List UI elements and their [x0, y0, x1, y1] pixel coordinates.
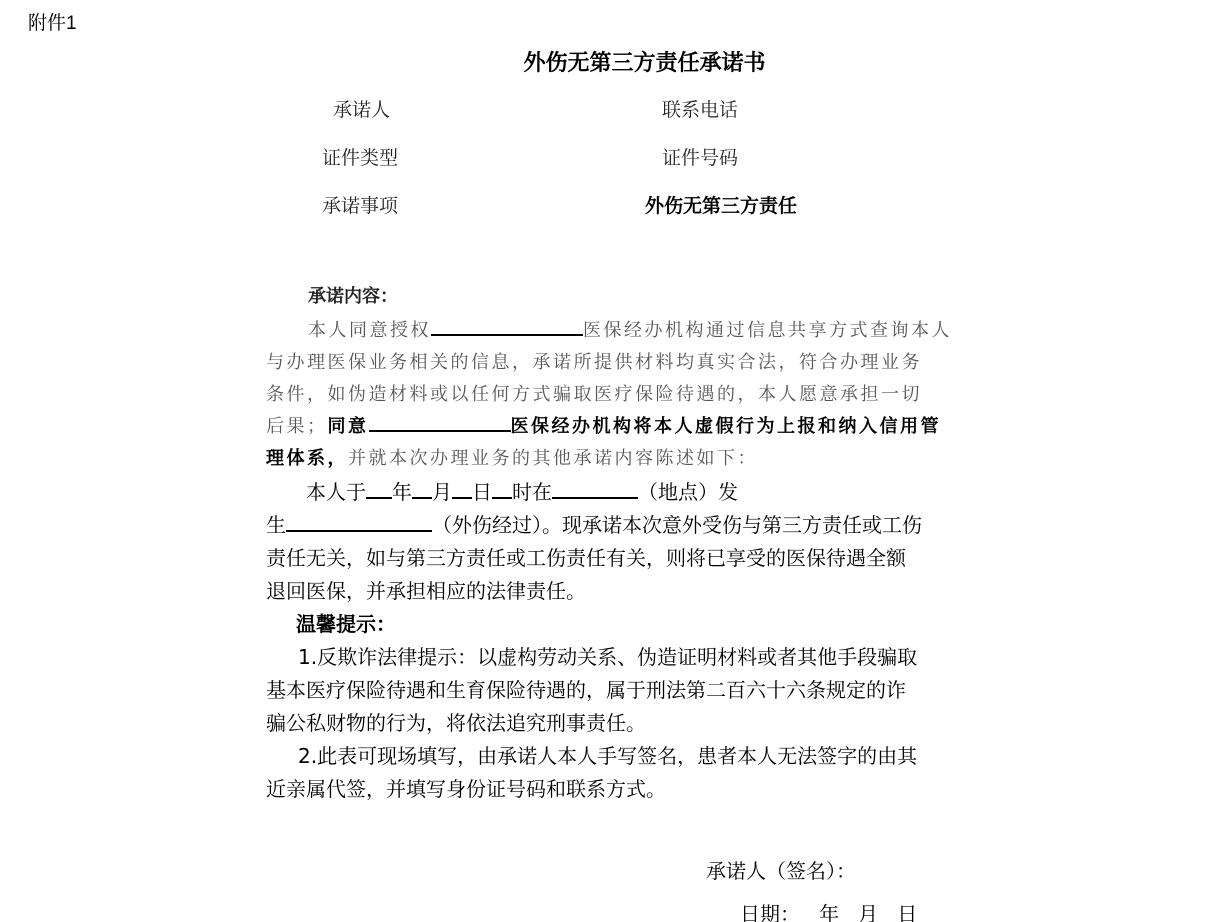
location-blank[interactable] [552, 479, 638, 499]
commitment-heading: 承诺内容： [308, 282, 398, 308]
text: 条件，如伪造材料或以任何方式骗取医疗保险待遇的，本人愿意承担一切 [266, 379, 996, 411]
text: 理体系， [266, 448, 348, 469]
phone-label: 联系电话 [662, 95, 738, 122]
promisor-label: 承诺人 [333, 95, 390, 122]
report-agency-blank[interactable] [369, 412, 511, 432]
signature-label: 承诺人（签名）： [706, 855, 856, 884]
text: 时在 [512, 480, 552, 504]
id-type-label: 证件类型 [322, 143, 398, 170]
id-number-label: 证件号码 [662, 143, 738, 170]
text: 与办理医保业务相关的信息，承诺所提供材料均真实合法，符合办理业务 [266, 347, 996, 379]
tips-heading: 温馨提示： [296, 608, 396, 637]
text: 医保经办机构通过信息共享方式查询本人 [583, 320, 952, 341]
tip-1-cont: 骗公私财物的行为，将依法追究刑事责任。 [266, 707, 996, 740]
text: （地点）发 [638, 480, 738, 504]
date-label: 日期： 年 月 日 [740, 898, 917, 922]
attachment-label: 附件1 [28, 8, 77, 35]
matter-label: 承诺事项 [322, 191, 398, 218]
text: 退回医保，并承担相应的法律责任。 [266, 575, 996, 608]
text: 责任无关，如与第三方责任或工伤责任有关，则将已享受的医保待遇全额 [266, 542, 996, 575]
year-blank[interactable] [366, 479, 392, 499]
injury-description-blank[interactable] [286, 512, 432, 532]
injury-statement: 本人于年月日时在（地点）发 生（外伤经过）。现承诺本次意外受伤与第三方责任或工伤… [266, 476, 996, 608]
text: 生 [266, 513, 286, 537]
text: 同意 [328, 416, 369, 437]
hour-blank[interactable] [492, 479, 512, 499]
month-blank[interactable] [412, 479, 432, 499]
text: （外伤经过）。现承诺本次意外受伤与第三方责任或工伤 [432, 513, 922, 537]
tip-1-cont: 基本医疗保险待遇和生育保险待遇的，属于刑法第二百六十六条规定的诈 [266, 674, 996, 707]
tips-list: 1.反欺诈法律提示：以虚构劳动关系、伪造证明材料或者其他手段骗取 基本医疗保险待… [266, 641, 996, 806]
tip-2: 2.此表可现场填写，由承诺人本人手写签名，患者本人无法签字的由其 [266, 740, 996, 773]
text: 医保经办机构将本人虚假行为上报和纳入信用管 [511, 416, 942, 437]
day-blank[interactable] [452, 479, 472, 499]
document-title: 外伤无第三方责任承诺书 [0, 46, 1211, 77]
authorization-paragraph: 本人同意授权医保经办机构通过信息共享方式查询本人 与办理医保业务相关的信息，承诺… [266, 315, 996, 475]
matter-value: 外伤无第三方责任 [645, 191, 797, 218]
tip-2-cont: 近亲属代签，并填写身份证号码和联系方式。 [266, 773, 996, 806]
text: 并就本次办理业务的其他承诺内容陈述如下： [348, 448, 758, 469]
text: 月 [432, 480, 452, 504]
text: 本人同意授权 [308, 320, 431, 341]
text: 后果； [266, 416, 328, 437]
authorize-agency-blank[interactable] [431, 316, 583, 336]
text: 日 [472, 480, 492, 504]
tip-1: 1.反欺诈法律提示：以虚构劳动关系、伪造证明材料或者其他手段骗取 [266, 641, 996, 674]
text: 本人于 [306, 480, 366, 504]
text: 年 [392, 480, 412, 504]
